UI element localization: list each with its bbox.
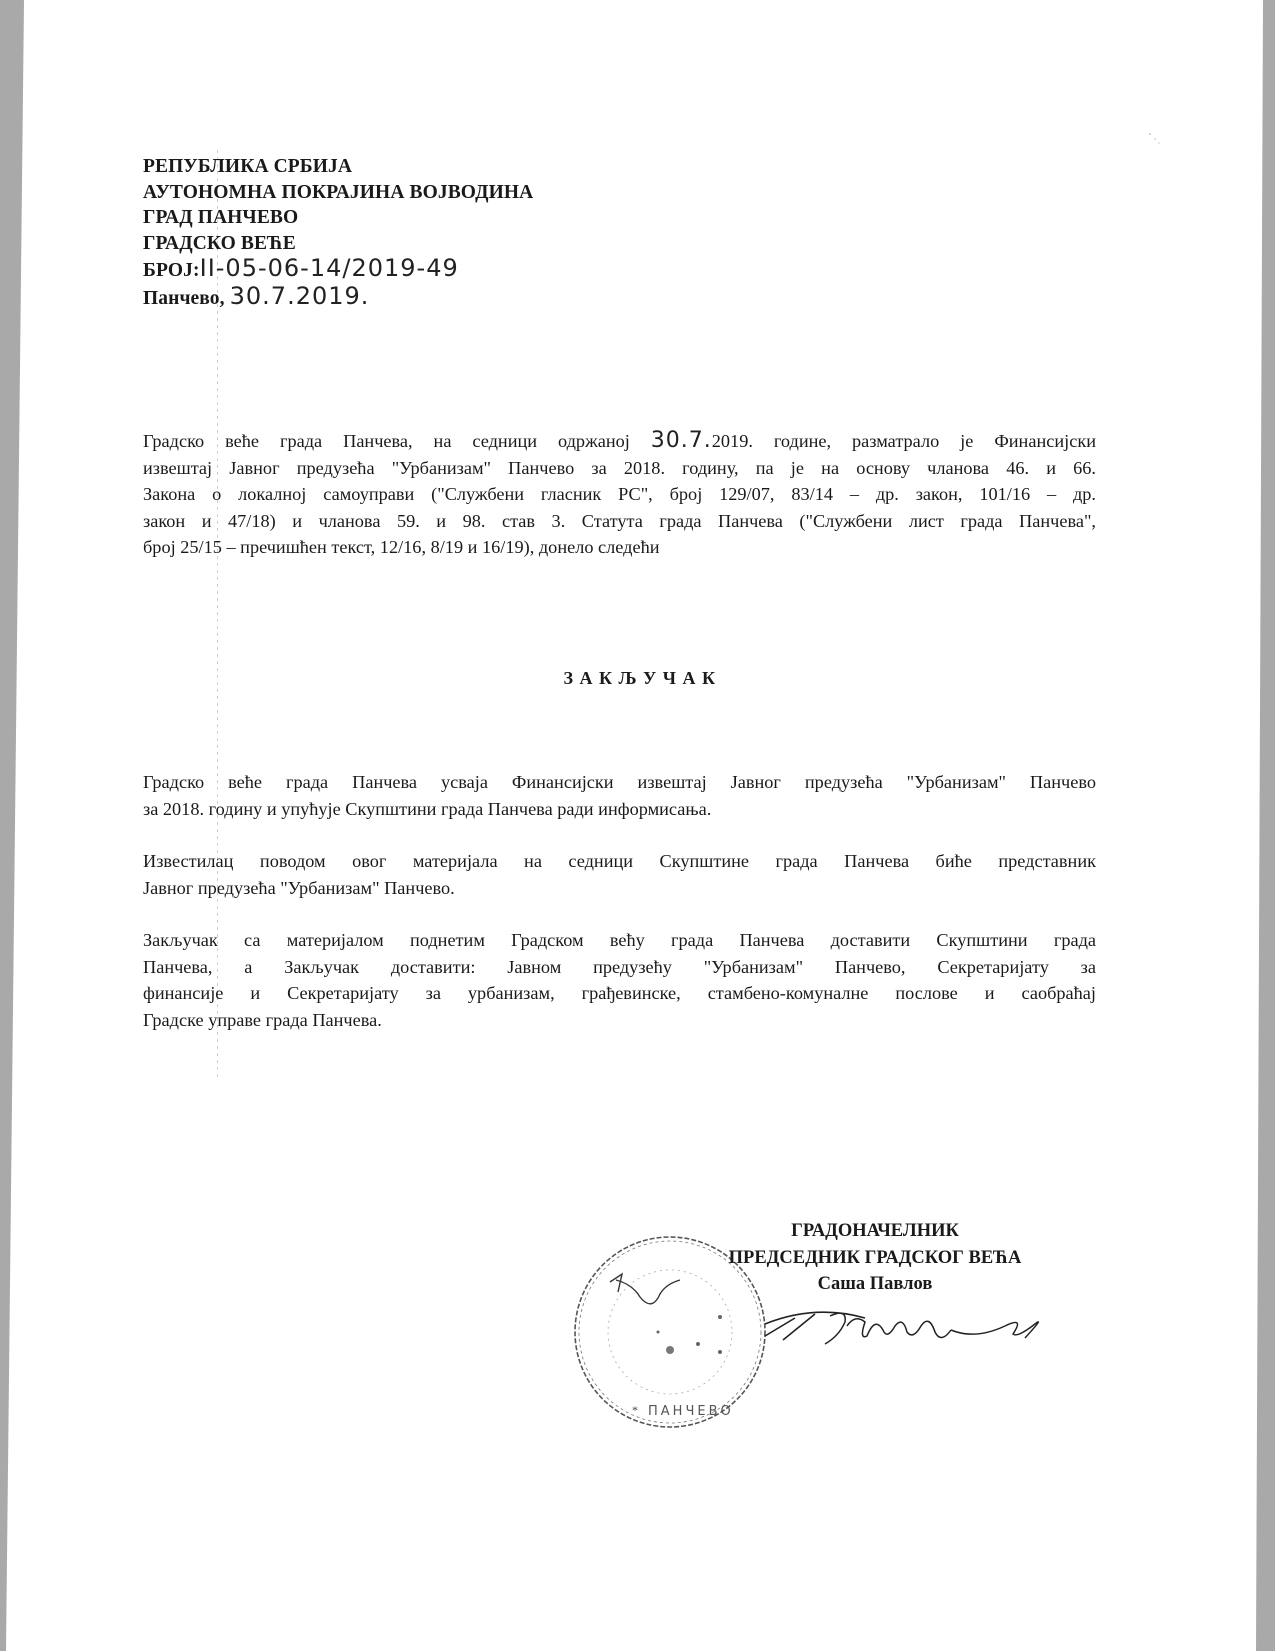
paragraph-line: Градске управе града Панчева. [143, 1007, 1096, 1034]
document-place-date-line: Панчево, 30.7.2019. [143, 284, 533, 312]
conclusion-paragraph-2: Известилац поводом овог материјала на се… [143, 848, 1096, 901]
intro-line: број 25/15 – пречишћен текст, 12/16, 8/1… [143, 534, 1096, 561]
intro-text: 2019. године, разматрало је Финансијски [712, 431, 1096, 451]
document-title: ЗАКЉУЧАК [0, 668, 1275, 689]
signatory-name: Саша Павлов [690, 1271, 1060, 1298]
paragraph-line: за 2018. годину и упућује Скупштини град… [143, 796, 1096, 823]
intro-line: закон и 47/18) и чланова 59. и 98. став … [143, 508, 1096, 535]
paragraph-line: Панчева, а Закључак доставити: Јавном пр… [143, 954, 1096, 981]
letterhead-province: АУТОНОМНА ПОКРАЈИНА ВОЈВОДИНА [143, 180, 533, 206]
signature-block: ГРАДОНАЧЕЛНИК ПРЕДСЕДНИК ГРАДСКОГ ВЕЋА С… [690, 1218, 1060, 1298]
paragraph-line: финансије и Секретаријату за урбанизам, … [143, 980, 1096, 1007]
letterhead-city: ГРАД ПАНЧЕВО [143, 205, 533, 231]
letterhead-republic: РЕПУБЛИКА СРБИЈА [143, 154, 533, 180]
intro-paragraph: Градско веће града Панчева, на седници о… [143, 428, 1096, 561]
paragraph-line: Известилац поводом овог материјала на се… [143, 848, 1096, 875]
document-number-line: БРОЈ:II-05-06-14/2019-49 [143, 256, 533, 284]
document-page: РЕПУБЛИКА СРБИЈА АУТОНОМНА ПОКРАЈИНА ВОЈ… [0, 0, 1275, 1651]
svg-text:*: * [632, 1403, 638, 1417]
paragraph-line: Јавног предузећа "Урбанизам" Панчево. [143, 875, 1096, 902]
conclusion-paragraph-3: Закључак са материјалом поднетим Градско… [143, 927, 1096, 1033]
intro-line: Градско веће града Панчева, на седници о… [143, 428, 1096, 455]
scan-speck-icon [1146, 130, 1164, 150]
handwritten-signature-icon [755, 1296, 1075, 1356]
document-number-label: БРОЈ: [143, 260, 200, 281]
letterhead: РЕПУБЛИКА СРБИЈА АУТОНОМНА ПОКРАЈИНА ВОЈ… [143, 154, 533, 312]
letterhead-council: ГРАДСКО ВЕЋЕ [143, 231, 533, 257]
intro-line: Закона о локалној самоуправи ("Службени … [143, 481, 1096, 508]
signatory-title-council-president: ПРЕДСЕДНИК ГРАДСКОГ ВЕЋА [690, 1245, 1060, 1272]
document-number-handwritten: II-05-06-14/2019-49 [200, 254, 459, 282]
intro-line: извештај Јавног предузећа "Урбанизам" Па… [143, 455, 1096, 482]
document-date-handwritten: 30.7.2019. [230, 282, 370, 310]
session-date-handwritten: 30.7. [651, 428, 712, 453]
conclusion-paragraph-1: Градско веће града Панчева усваја Финанс… [143, 769, 1096, 822]
signatory-title-mayor: ГРАДОНАЧЕЛНИК [690, 1218, 1060, 1245]
paragraph-line: Градско веће града Панчева усваја Финанс… [143, 769, 1096, 796]
intro-text: Градско веће града Панчева, на седници о… [143, 431, 651, 451]
svg-text:ПАНЧЕВО: ПАНЧЕВО [648, 1404, 734, 1419]
paragraph-line: Закључак са материјалом поднетим Градско… [143, 927, 1096, 954]
document-place-label: Панчево, [143, 288, 225, 309]
